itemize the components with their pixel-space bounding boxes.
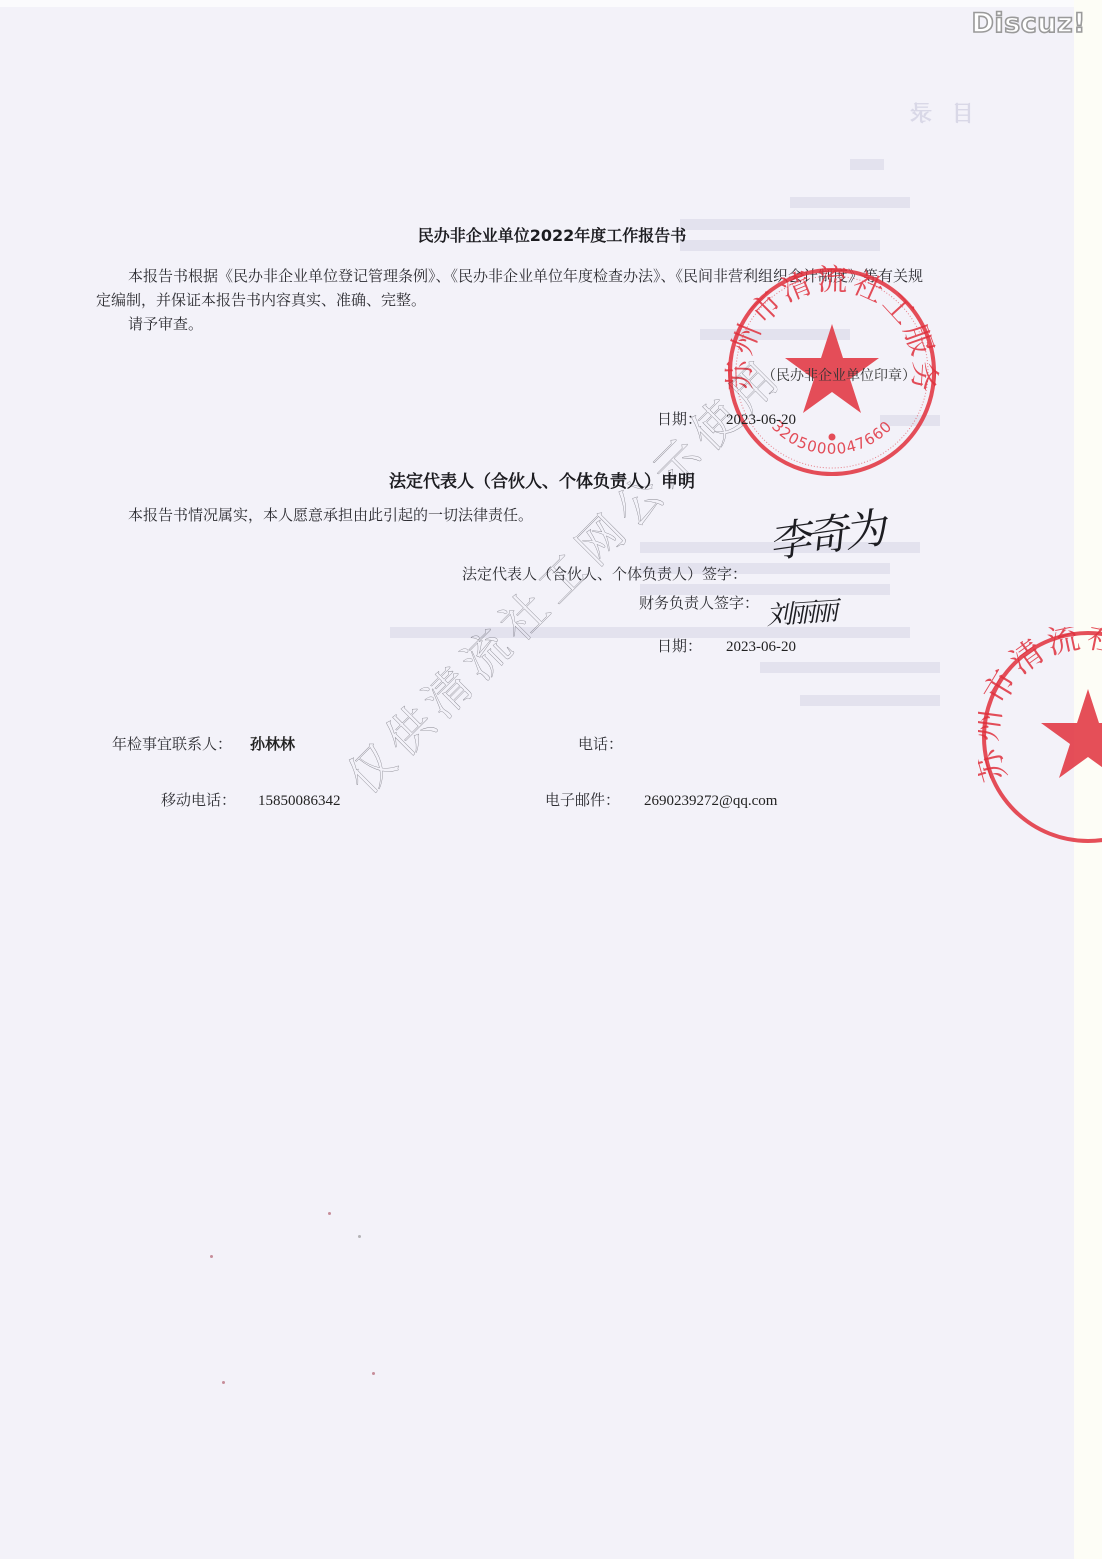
scan-speck <box>222 1381 225 1384</box>
contact-mobile-row: 移动电话：15850086342 <box>161 789 341 810</box>
legal-rep-signature: 李奇为 <box>764 495 885 570</box>
scan-speck <box>358 1235 361 1238</box>
finance-signature-line: 财务负责人签字： <box>639 592 759 613</box>
contact-person-row: 年检事宜联系人：孙林林 <box>112 733 295 754</box>
intro-paragraph: 本报告书根据《民办非企业单位登记管理条例》、《民办非企业单位年度检查办法》、《民… <box>96 264 926 312</box>
contact-email-row: 电子邮件：2690239272@qq.com <box>545 789 777 810</box>
scanned-page: 目录 民办非企业单位2022年度工作报告书 本报告书根据《民办非企业单位登记管理… <box>0 7 1074 1559</box>
bleed-through-heading: 目录 <box>890 97 974 128</box>
date-label: 日期： <box>657 637 702 655</box>
scan-top-margin <box>0 0 1102 7</box>
contact-person-name: 孙林林 <box>250 735 295 753</box>
bleed-through-line <box>800 695 940 706</box>
declaration-date: 日期：2023-06-20 <box>657 635 796 656</box>
bleed-through-line <box>790 197 910 208</box>
email-value: 2690239272@qq.com <box>644 793 777 809</box>
forum-watermark-logo: Discuz! <box>972 8 1087 39</box>
date-value: 2023-06-20 <box>726 639 796 655</box>
declaration-statement: 本报告书情况属实，本人愿意承担由此引起的一切法律责任。 <box>128 503 533 527</box>
report-date: 日期：2023-06-20 <box>657 408 796 429</box>
mobile-label: 移动电话： <box>161 791 236 809</box>
date-label: 日期： <box>657 410 702 428</box>
phone-label: 电话： <box>578 735 623 753</box>
legal-rep-sign-label: 法定代表人（合伙人、个体负责人）签字： <box>462 565 747 583</box>
finance-sign-label: 财务负责人签字： <box>639 594 759 612</box>
bleed-through-line <box>880 415 940 426</box>
bleed-through-line <box>760 662 940 673</box>
report-title: 民办非企业单位2022年度工作报告书 <box>0 223 1074 246</box>
contact-person-label: 年检事宜联系人： <box>112 735 232 753</box>
bleed-through-line <box>850 159 884 170</box>
request-line: 请予审查。 <box>128 312 203 336</box>
seal-note: （民办非企业单位印章） <box>762 365 916 385</box>
bleed-through-line <box>700 329 850 340</box>
bleed-through-line <box>640 542 920 553</box>
contact-phone-row: 电话： <box>578 733 623 754</box>
email-label: 电子邮件： <box>545 791 620 809</box>
scan-right-margin <box>1074 0 1102 1559</box>
bleed-through-line <box>390 627 910 638</box>
legal-rep-signature-line: 法定代表人（合伙人、个体负责人）签字： <box>462 563 747 584</box>
date-value: 2023-06-20 <box>726 412 796 428</box>
scan-speck <box>372 1372 375 1375</box>
declaration-title: 法定代表人（合伙人、个体负责人）申明 <box>0 467 1074 492</box>
mobile-value: 15850086342 <box>258 793 341 809</box>
scan-speck <box>210 1255 213 1258</box>
scan-speck <box>328 1212 331 1215</box>
